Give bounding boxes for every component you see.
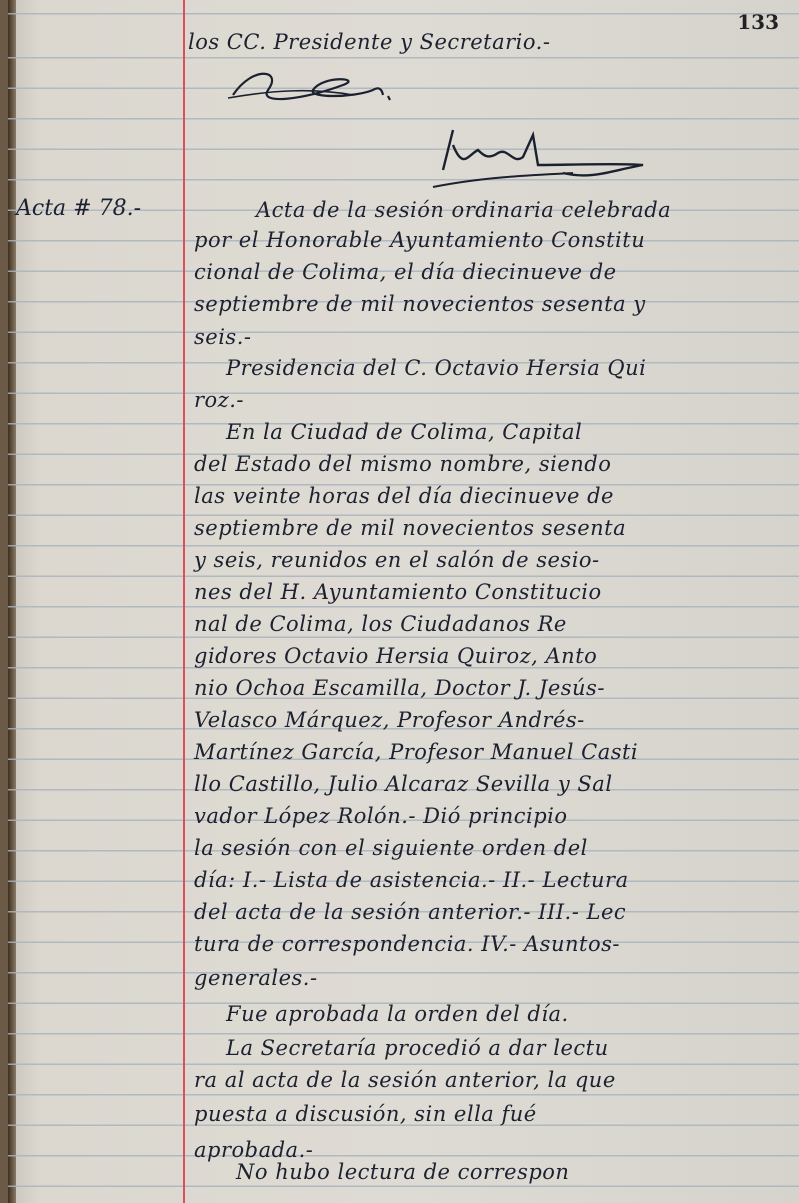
text-line: tura de correspondencia. IV.- Asuntos- [194,932,620,956]
act-number-label: Acta # 78.- [16,196,141,221]
red-margin-line [183,0,185,1203]
text-line: Velasco Márquez, Profesor Andrés- [194,708,585,732]
text-line: La Secretaría procedió a dar lectu [226,1036,609,1060]
text-line: día: I.- Lista de asistencia.- II.- Lect… [194,868,629,892]
page-number: 133 [737,10,779,34]
text-line: vador López Rolón.- Dió principio [194,804,568,828]
text-line: nio Ochoa Escamilla, Doctor J. Jesús- [194,676,605,700]
text-line: la sesión con el siguiente orden del [194,836,588,860]
text-line: septiembre de mil novecientos sesenta y [194,292,646,316]
text-line: No hubo lectura de correspon [236,1160,569,1184]
text-line: Presidencia del C. Octavio Hersia Qui [226,356,646,380]
text-line: puesta a discusión, sin ella fué [194,1102,537,1126]
text-line: Martínez García, Profesor Manuel Casti [194,740,638,764]
ledger-page: 133 los CC. Presidente y Secretario.- Ac… [8,0,799,1203]
text-line: y seis, reunidos en el salón de sesio- [194,548,600,572]
text-line: Fue aprobada la orden del día. [226,1002,569,1026]
text-line: ra al acta de la sesión anterior, la que [194,1068,616,1092]
text-line: Acta de la sesión ordinaria celebrada [256,198,671,222]
text-line: las veinte horas del día diecinueve de [194,484,614,508]
closing-line: los CC. Presidente y Secretario.- [188,30,550,54]
text-line: En la Ciudad de Colima, Capital [226,420,582,444]
text-line: del Estado del mismo nombre, siendo [194,452,611,476]
text-line: seis.- [194,325,251,349]
text-line: llo Castillo, Julio Alcaraz Sevilla y Sa… [194,772,613,796]
text-line: cional de Colima, el día diecinueve de [194,260,617,284]
text-line: generales.- [194,966,318,990]
signature-right-icon [423,125,663,195]
signature-left-icon [223,60,413,110]
text-line: nal de Colima, los Ciudadanos Re [194,612,567,636]
text-line: roz.- [194,388,244,412]
text-line: septiembre de mil novecientos sesenta [194,516,626,540]
text-line: por el Honorable Ayuntamiento Constitu [194,228,645,252]
text-line: nes del H. Ayuntamiento Constitucio [194,580,602,604]
text-line: gidores Octavio Hersia Quiroz, Anto [194,644,597,668]
text-line: del acta de la sesión anterior.- III.- L… [194,900,626,924]
text-line: aprobada.- [194,1138,313,1162]
